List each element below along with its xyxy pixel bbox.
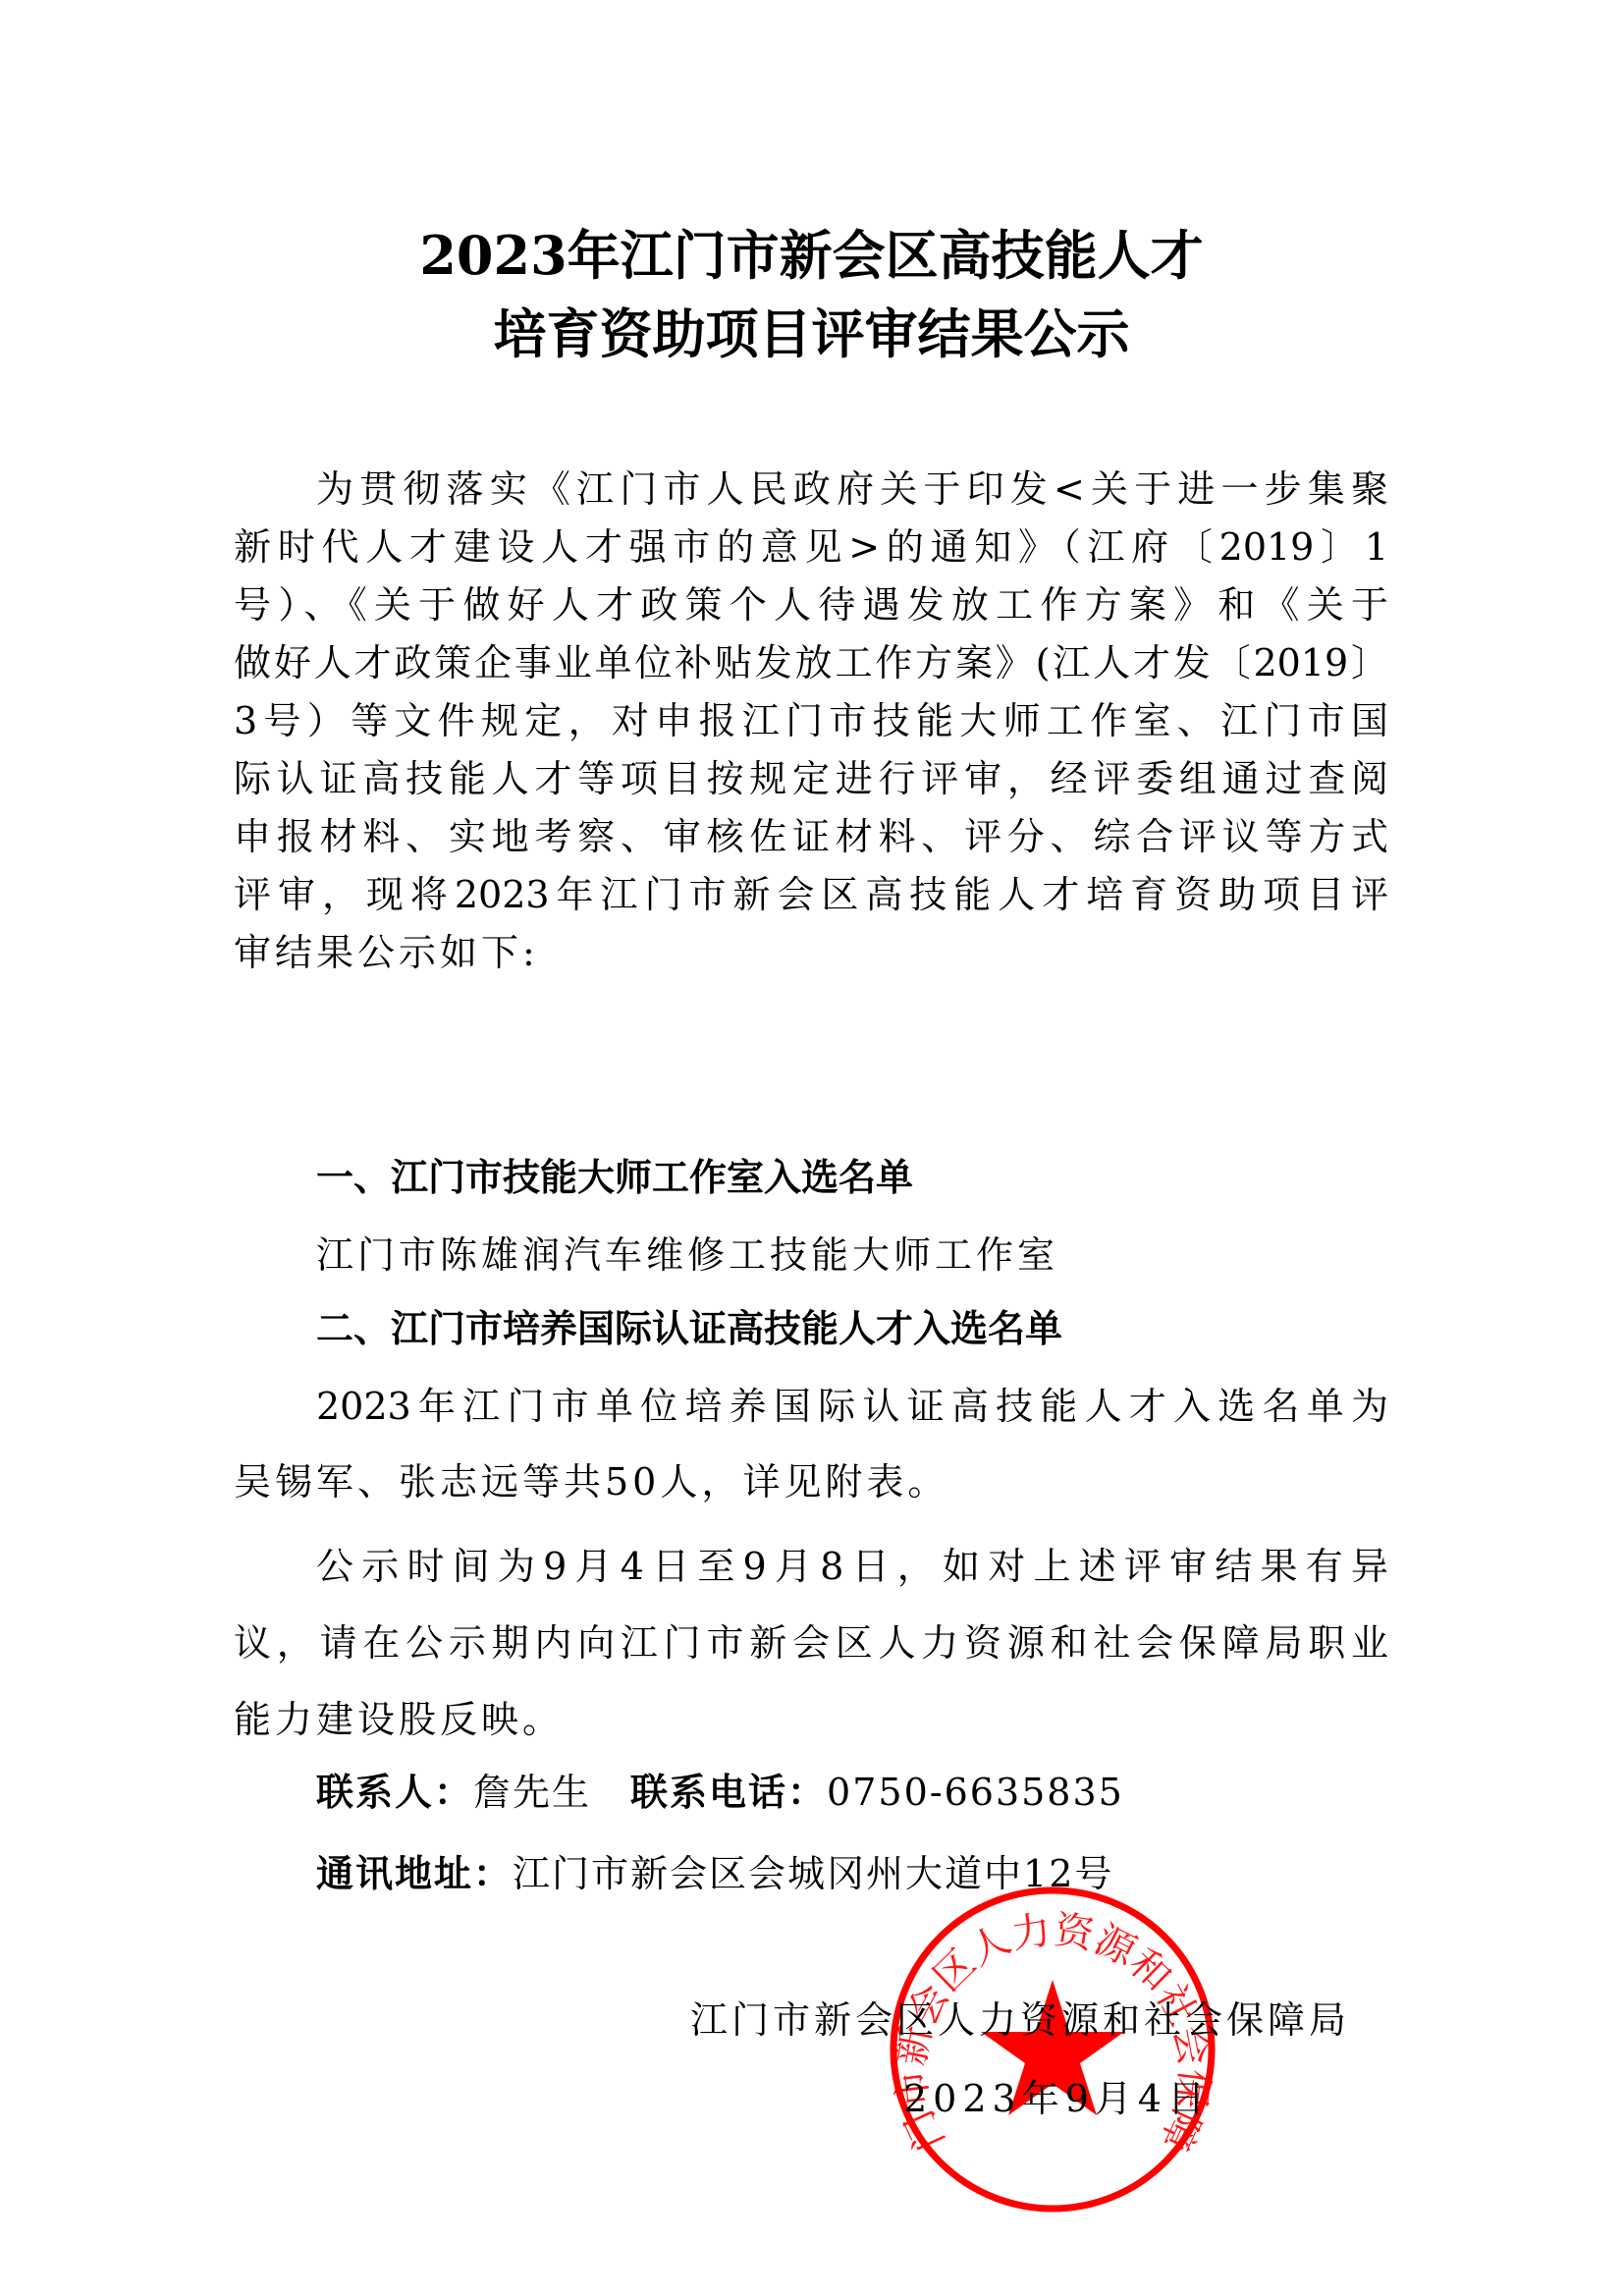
address-value: 江门市新会区会城冈州大道中12号 <box>513 1852 1113 1895</box>
document-title-line-1: 2023年江门市新会区高技能人才 <box>0 216 1623 295</box>
document-title-line-2: 培育资助项目评审结果公示 <box>0 295 1623 373</box>
section-2-line: 2023年江门市单位培养国际认证高技能人才入选名单为 <box>316 1378 1388 1435</box>
section-2-heading: 二、江门市培养国际认证高技能人才入选名单 <box>316 1300 1062 1357</box>
intro-line: 际认证高技能人才等项目按规定进行评审，经评委组通过查阅 <box>234 750 1388 807</box>
section-1-heading: 一、江门市技能大师工作室入选名单 <box>316 1149 913 1206</box>
section-2-line: 吴锡军、张志远等共50人，详见附表。 <box>234 1453 948 1510</box>
notice-line: 能力建设股反映。 <box>234 1691 564 1748</box>
contact-line: 联系人：詹先生联系电话：0750-6635835 <box>316 1764 1124 1821</box>
section-1-item: 江门市陈雄润汽车维修工技能大师工作室 <box>316 1227 1058 1284</box>
notice-line: 公示时间为9月4日至9月8日，如对上述评审结果有异 <box>316 1538 1388 1595</box>
intro-line: 评审，现将2023年江门市新会区高技能人才培育资助项目评 <box>234 866 1388 923</box>
intro-line: 为贯彻落实《江门市人民政府关于印发<关于进一步集聚 <box>316 461 1388 518</box>
contact-phone-value: 0750-6635835 <box>827 1771 1124 1814</box>
intro-line: 新时代人才建设人才强市的意见>的通知》（江府〔2019〕1 <box>234 519 1388 575</box>
intro-line: 做好人才政策企事业单位补贴发放工作方案》(江人才发〔2019〕 <box>234 634 1388 691</box>
address-line: 通讯地址：江门市新会区会城冈州大道中12号 <box>316 1845 1113 1902</box>
address-label: 通讯地址： <box>316 1851 513 1895</box>
intro-line: 号）、《关于做好人才政策个人待遇发放工作方案》和《关于 <box>234 576 1388 633</box>
contact-person-value: 詹先生 <box>473 1771 591 1814</box>
intro-line: 申报材料、实地考察、审核佐证材料、评分、综合评议等方式 <box>234 808 1388 865</box>
contact-person-label: 联系人： <box>316 1770 473 1814</box>
contact-phone-label: 联系电话： <box>630 1770 827 1814</box>
notice-line: 议，请在公示期内向江门市新会区人力资源和社会保障局职业 <box>234 1614 1388 1671</box>
intro-line: 审结果公示如下: <box>234 924 539 981</box>
intro-line: 3号）等文件规定，对申报江门市技能大师工作室、江门市国 <box>234 692 1388 749</box>
signature-date: 2023年9月4日 <box>903 2070 1211 2127</box>
signature-organization: 江门市新会区人力资源和社会保障局 <box>690 1992 1350 2049</box>
official-seal-icon: 江门市新会区人力资源和社会保障局 <box>889 1886 1217 2214</box>
